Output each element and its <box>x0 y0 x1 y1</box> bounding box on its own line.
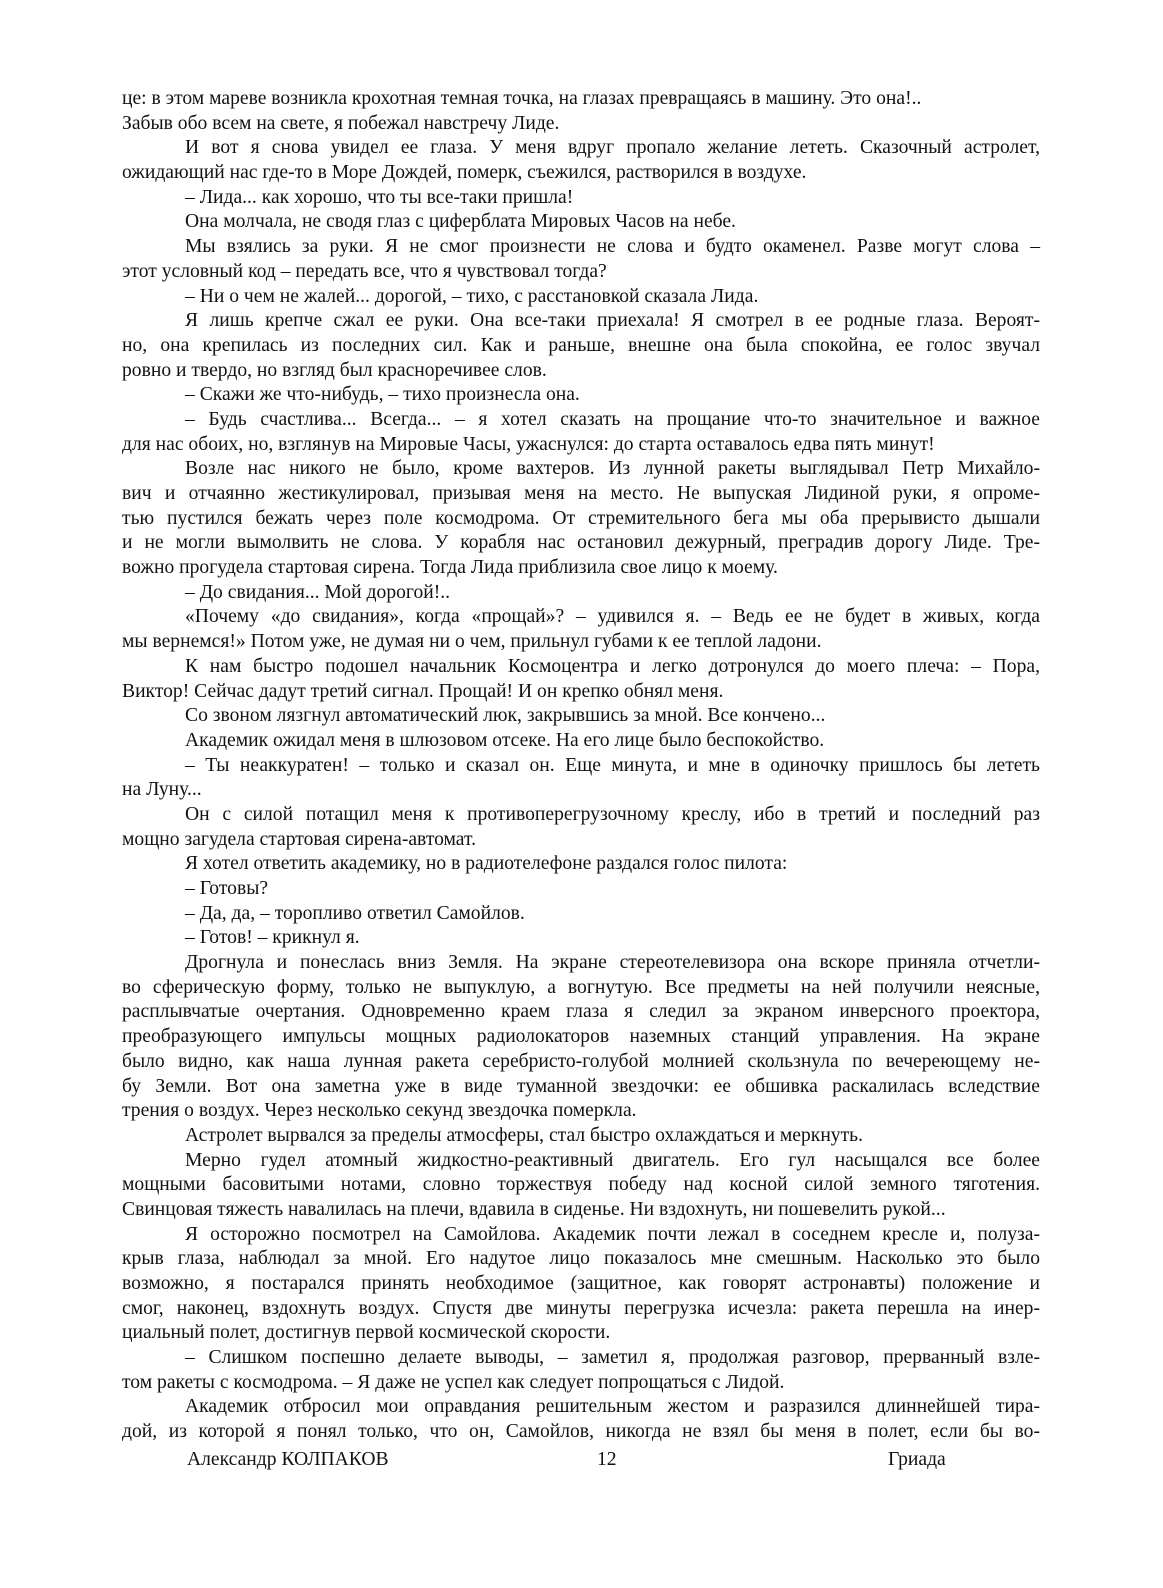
text-line: ровно и твердо, но взгляд был красноречи… <box>122 359 1040 384</box>
page-footer: Александр КОЛПАКОВ 12 Гриада <box>0 1446 1163 1474</box>
text-line: мы вернемся!» Потом уже, не думая ни о ч… <box>122 630 1040 655</box>
text-line: Забыв обо всем на свете, я побежал навст… <box>122 112 1040 137</box>
text-line: «Почему «до свидания», когда «прощай»? –… <box>122 605 1040 630</box>
text-line: вич и отчаянно жестикулировал, призывая … <box>122 482 1040 507</box>
text-line: этот условный код – передать все, что я … <box>122 260 1040 285</box>
text-line: – Слишком поспешно делаете выводы, – зам… <box>122 1346 1040 1371</box>
text-line: – Готов! – крикнул я. <box>122 926 1040 951</box>
text-line: – Будь счастлива... Всегда... – я хотел … <box>122 408 1040 433</box>
text-line: Он с силой потащил меня к противоперегру… <box>122 803 1040 828</box>
text-line: Возле нас никого не было, кроме вахтеров… <box>122 457 1040 482</box>
text-line: мощными басовитыми нотами, словно торжес… <box>122 1173 1040 1198</box>
text-line: во сферическую форму, только не выпуклую… <box>122 976 1040 1001</box>
text-line: Академик отбросил мои оправдания решител… <box>122 1395 1040 1420</box>
text-line: том ракеты с космодрома. – Я даже не усп… <box>122 1371 1040 1396</box>
text-line: Дрогнула и понеслась вниз Земля. На экра… <box>122 951 1040 976</box>
footer-journal-title: Гриада <box>888 1446 946 1474</box>
text-line: бу Земли. Вот она заметна уже в виде тум… <box>122 1075 1040 1100</box>
text-line: трения о воздух. Через несколько секунд … <box>122 1099 1040 1124</box>
text-line: Астролет вырвался за пределы атмосферы, … <box>122 1124 1040 1149</box>
text-line: и не могли вымолвить не слова. У корабля… <box>122 531 1040 556</box>
text-line: циальный полет, достигнув первой космиче… <box>122 1321 1040 1346</box>
text-line: Я хотел ответить академику, но в радиоте… <box>122 852 1040 877</box>
text-line: ожидающий нас где-то в Море Дождей, поме… <box>122 161 1040 186</box>
page-body: це: в этом мареве возникла крохотная тем… <box>122 87 1040 1445</box>
text-line: – Готовы? <box>122 877 1040 902</box>
text-line: смог, наконец, вздохнуть воздух. Спустя … <box>122 1297 1040 1322</box>
text-line: было видно, как наша лунная ракета сереб… <box>122 1050 1040 1075</box>
text-line: Я осторожно посмотрел на Самойлова. Акад… <box>122 1223 1040 1248</box>
text-line: преобразующего импульсы мощных радиолока… <box>122 1025 1040 1050</box>
text-line: Свинцовая тяжесть навалилась на плечи, в… <box>122 1198 1040 1223</box>
text-line: для нас обоих, но, взглянув на Мировые Ч… <box>122 433 1040 458</box>
text-line: – Лида... как хорошо, что ты все-таки пр… <box>122 186 1040 211</box>
text-line: расплывчатые очертания. Одновременно кра… <box>122 1000 1040 1025</box>
text-line: – Ни о чем не жалей... дорогой, – тихо, … <box>122 285 1040 310</box>
footer-page-number: 12 <box>597 1446 617 1474</box>
text-line: – Ты неаккуратен! – только и сказал он. … <box>122 754 1040 779</box>
text-line: И вот я снова увидел ее глаза. У меня вд… <box>122 136 1040 161</box>
text-line: тью пустился бежать через поле космодром… <box>122 507 1040 532</box>
text-line: дой, из которой я понял только, что он, … <box>122 1420 1040 1445</box>
text-line: мощно загудела стартовая сирена-автомат. <box>122 828 1040 853</box>
text-line: – Скажи же что-нибудь, – тихо произнесла… <box>122 383 1040 408</box>
text-line: Она молчала, не сводя глаз с циферблата … <box>122 210 1040 235</box>
text-line: Мерно гудел атомный жидкостно-реактивный… <box>122 1149 1040 1174</box>
text-line: К нам быстро подошел начальник Космоцент… <box>122 655 1040 680</box>
text-line: – Да, да, – торопливо ответил Самойлов. <box>122 902 1040 927</box>
text-line: Виктор! Сейчас дадут третий сигнал. Прощ… <box>122 680 1040 705</box>
text-line: – До свидания... Мой дорогой!.. <box>122 581 1040 606</box>
text-line: крыв глаза, наблюдал за мной. Его надуто… <box>122 1247 1040 1272</box>
footer-author: Александр КОЛПАКОВ <box>187 1446 389 1474</box>
text-line: вожно прогудела стартовая сирена. Тогда … <box>122 556 1040 581</box>
text-line: Мы взялись за руки. Я не смог произнести… <box>122 235 1040 260</box>
text-line: Академик ожидал меня в шлюзовом отсеке. … <box>122 729 1040 754</box>
text-line: возможно, я постарался принять необходим… <box>122 1272 1040 1297</box>
text-line: на Луну... <box>122 778 1040 803</box>
text-line: Я лишь крепче сжал ее руки. Она все-таки… <box>122 309 1040 334</box>
text-line: Со звоном лязгнул автоматический люк, за… <box>122 704 1040 729</box>
text-line: но, она крепилась из последних сил. Как … <box>122 334 1040 359</box>
text-line: це: в этом мареве возникла крохотная тем… <box>122 87 1040 112</box>
